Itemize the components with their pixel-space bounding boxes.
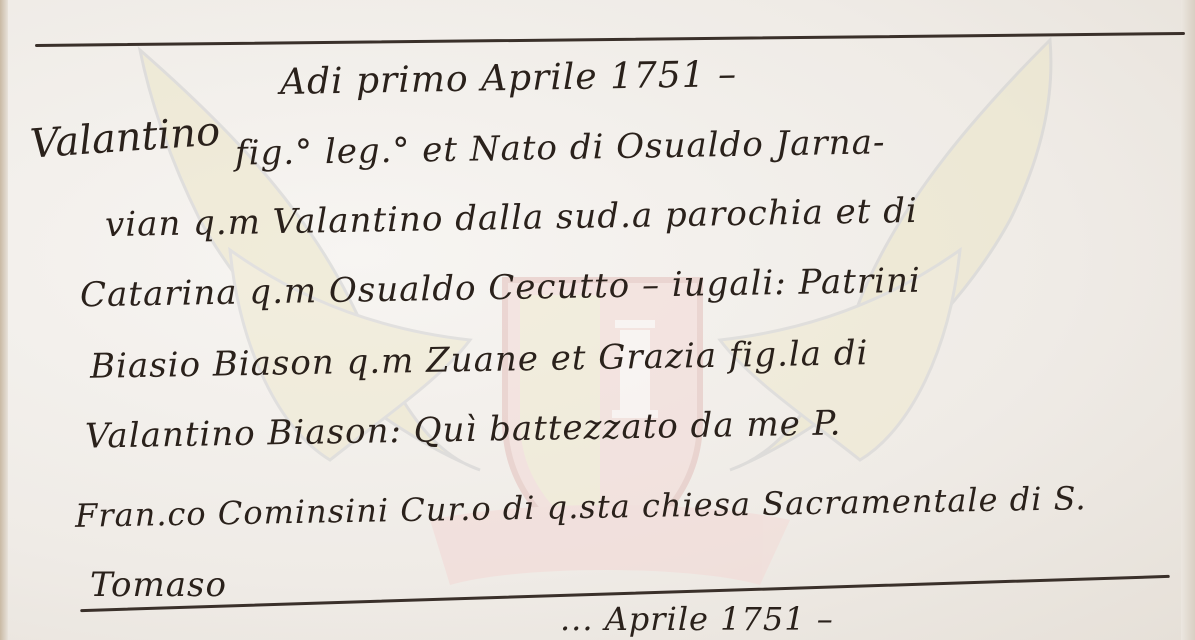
- record-line-2: vian q.m Valantino dalla sud.a parochia …: [105, 191, 918, 245]
- next-entry-date-partial: ... Aprile 1751 –: [560, 600, 834, 638]
- margin-child-name: Valantino: [29, 108, 222, 167]
- document-scan: Adi primo Aprile 1751 – Valantino fig.° …: [0, 0, 1195, 640]
- record-line-5: Valantino Biason: Quì battezzato da me P…: [85, 403, 842, 456]
- record-line-4: Biasio Biason q.m Zuane et Grazia fig.la…: [90, 333, 869, 387]
- record-line-7: Tomaso: [90, 565, 227, 605]
- entry-date-header: Adi primo Aprile 1751 –: [280, 54, 738, 103]
- top-entry-rule: [35, 32, 1185, 47]
- record-line-6: Fran.co Cominsini Cur.o di q.sta chiesa …: [75, 479, 1087, 535]
- record-line-3: Catarina q.m Osualdo Cecutto – iugali: P…: [80, 261, 921, 316]
- page-binding-edge: [0, 0, 8, 640]
- record-line-1: fig.° leg.° et Nato di Osualdo Jarna-: [235, 122, 886, 173]
- page-right-edge: [1181, 0, 1195, 640]
